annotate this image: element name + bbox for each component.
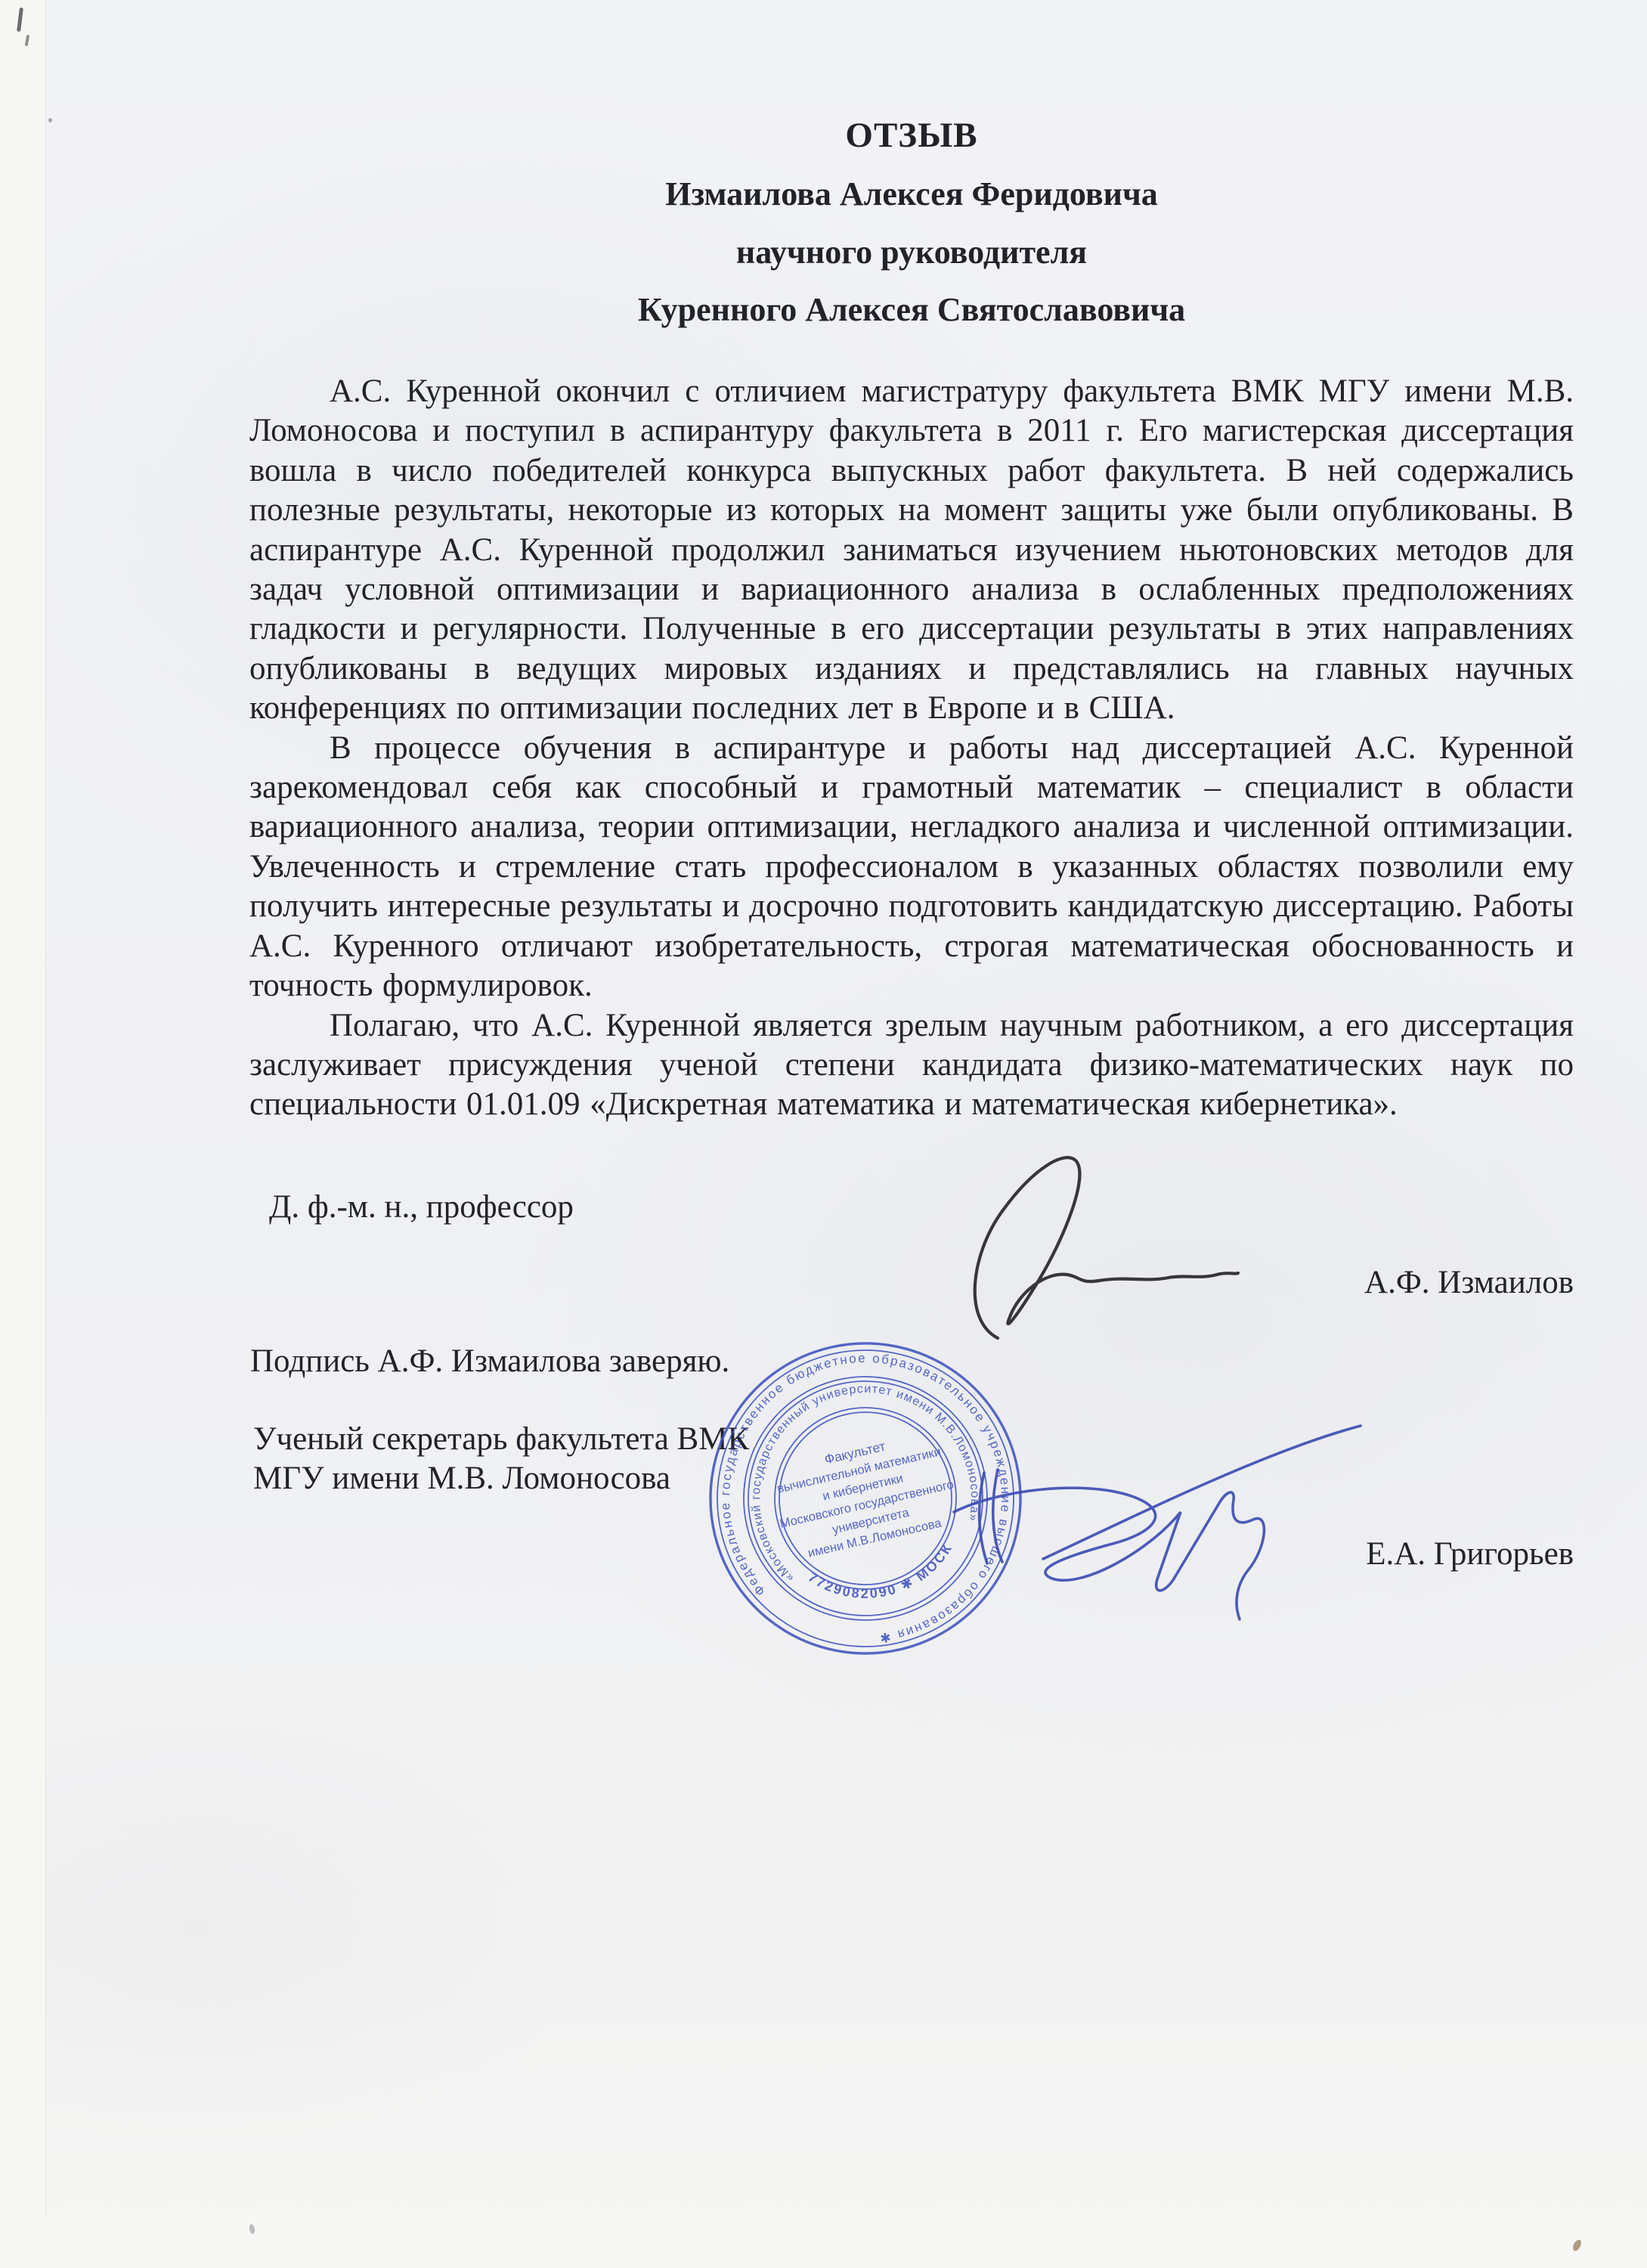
scan-artifact: [48, 118, 52, 122]
scanner-edge-bottom: [0, 2215, 1647, 2268]
document-title: ОТЗЫВ: [249, 115, 1574, 156]
certification-line: Подпись А.Ф. Измаилова заверяю.: [250, 1343, 729, 1380]
document-body: А.С. Куренной окончил с отличием магистр…: [249, 372, 1574, 1125]
document-scan: ОТЗЫВ Измаилова Алексея Феридовича научн…: [0, 0, 1647, 2268]
body-paragraph: В процессе обучения в аспирантуре и рабо…: [249, 729, 1574, 1006]
signer-name-izmailov: А.Ф. Измаилов: [249, 1264, 1574, 1301]
signer-position: Д. ф.-м. н., профессор: [269, 1188, 574, 1225]
document-subtitle-line: Измаилова Алексея Феридовича: [249, 175, 1574, 213]
secretary-title-line: Ученый секретарь факультета ВМК: [253, 1421, 749, 1458]
scanner-edge-left: [0, 0, 46, 2268]
body-paragraph: А.С. Куренной окончил с отличием магистр…: [249, 372, 1574, 729]
izmailov-signature: [951, 1148, 1283, 1367]
document-subtitle-line: научного руководителя: [249, 233, 1574, 271]
body-paragraph: Полагаю, что А.С. Куренной является зрел…: [249, 1006, 1574, 1125]
document-subtitle-line: Куренного Алексея Святославовича: [249, 290, 1574, 329]
secretary-title-line: МГУ имени М.В. Ломоносова: [253, 1460, 670, 1497]
grigoriev-signature: [931, 1399, 1370, 1625]
